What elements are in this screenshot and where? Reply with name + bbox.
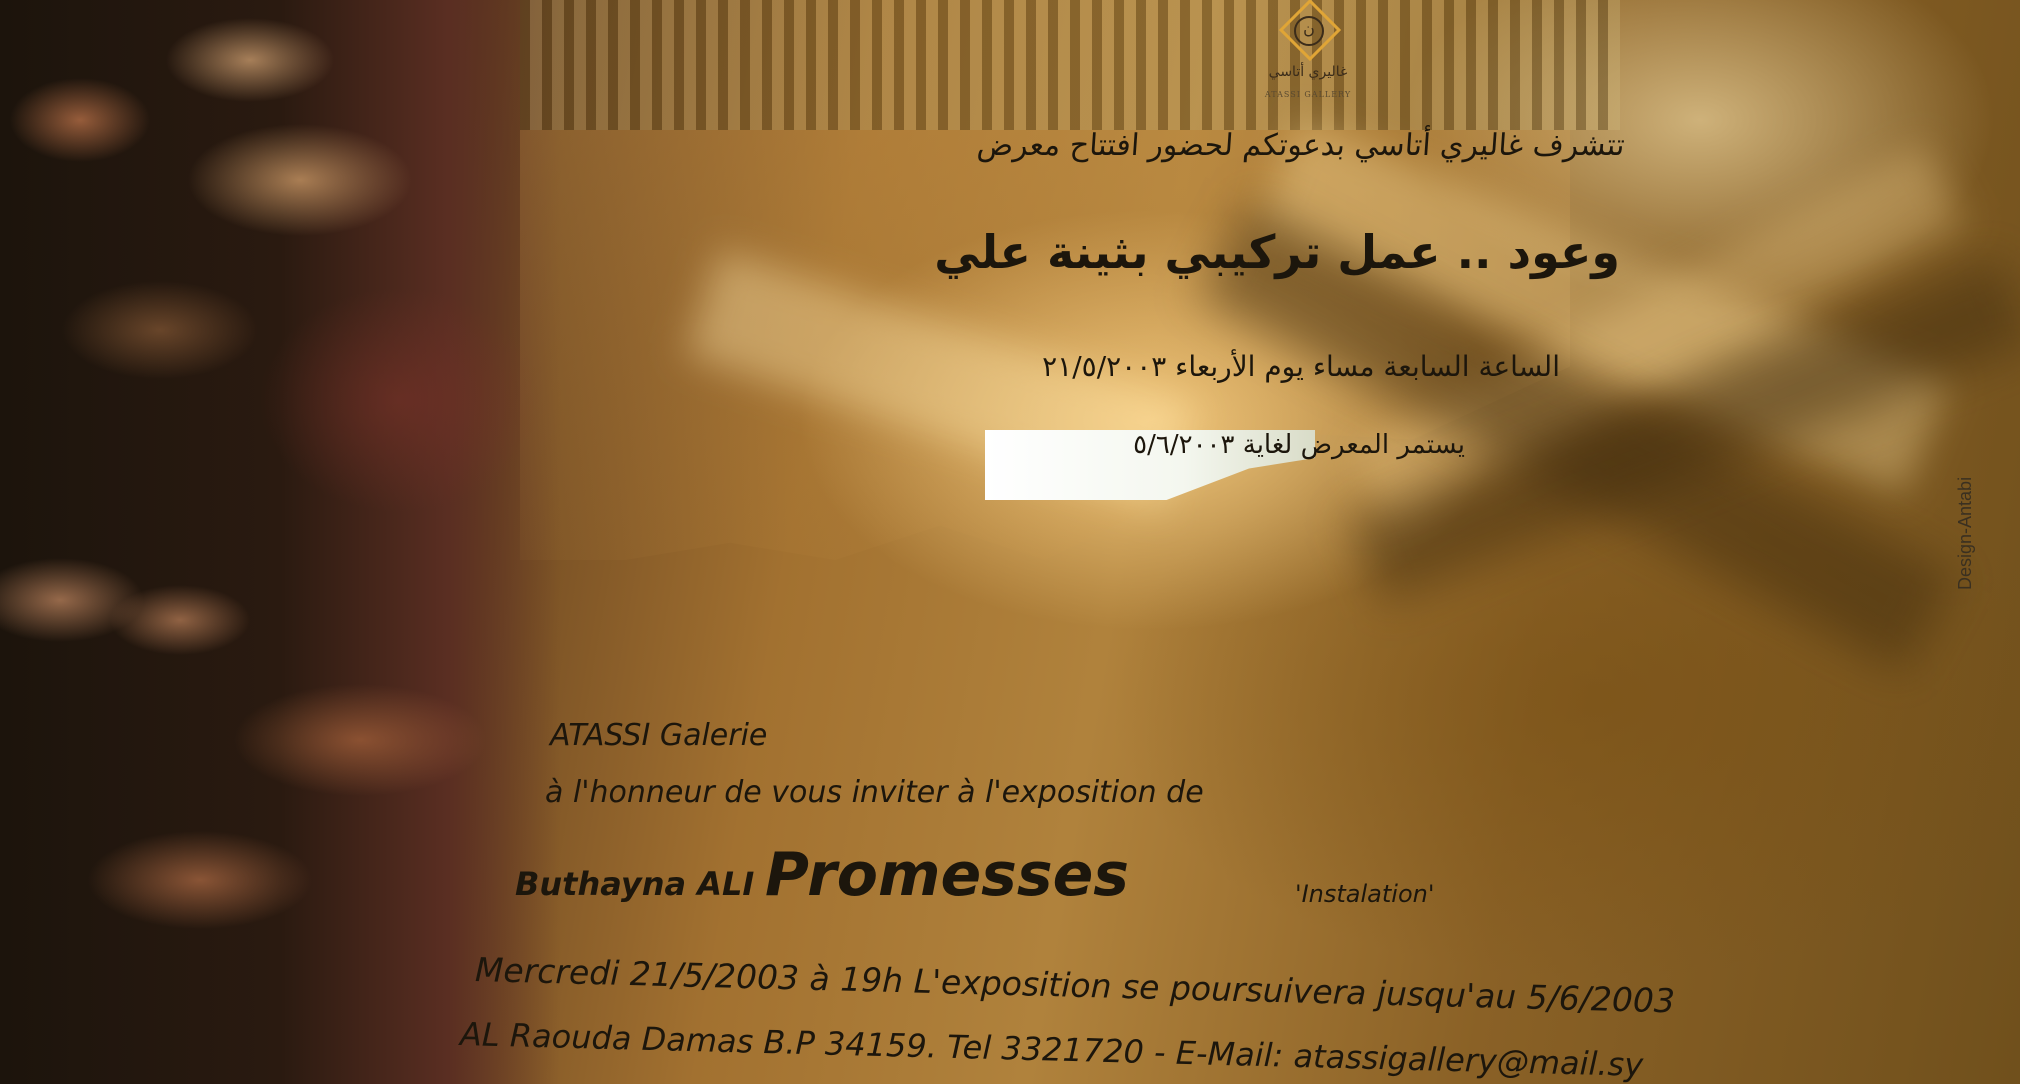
exhibition-type: 'Instalation' bbox=[1295, 880, 1434, 908]
invitation-card: ن غاليري أتاسي ATASSI GALLERY تتشرف غالي… bbox=[0, 0, 2020, 1084]
french-gallery-line: ATASSI Galerie bbox=[550, 718, 767, 753]
logo-name-english: ATASSI GALLERY bbox=[1258, 90, 1358, 99]
logo-name-arabic: غاليري أتاسي bbox=[1258, 64, 1358, 80]
artist-name: Buthayna ALI bbox=[515, 865, 754, 903]
arabic-opening-date: الساعة السابعة مساء يوم الأربعاء ٢١/٥/٢٠… bbox=[1042, 350, 1560, 383]
arabic-closing-date: يستمر المعرض لغاية ٥/٦/٢٠٠٣ bbox=[1133, 430, 1465, 460]
logo-glyph: ن bbox=[1294, 16, 1324, 42]
gallery-logo: ن غاليري أتاسي ATASSI GALLERY bbox=[1258, 4, 1358, 114]
exhibition-title: Promesses bbox=[765, 840, 1129, 910]
figures-photo bbox=[0, 0, 560, 1084]
french-invite-line: à l'honneur de vous inviter à l'expositi… bbox=[545, 775, 1204, 810]
arabic-invitation-line: تتشرف غاليري أتاسي بدعوتكم لحضور افتتاح … bbox=[976, 128, 1626, 163]
arabic-title-line: وعود .. عمل تركيبي بثينة علي bbox=[934, 225, 1620, 279]
design-credit: Design-Antabi bbox=[1955, 477, 1976, 590]
french-dates-line: Mercredi 21/5/2003 à 19h L'exposition se… bbox=[474, 950, 1675, 1020]
corrugated-cardboard bbox=[520, 0, 1620, 130]
contact-line: AL Raouda Damas B.P 34159. Tel 3321720 -… bbox=[460, 1015, 1644, 1084]
